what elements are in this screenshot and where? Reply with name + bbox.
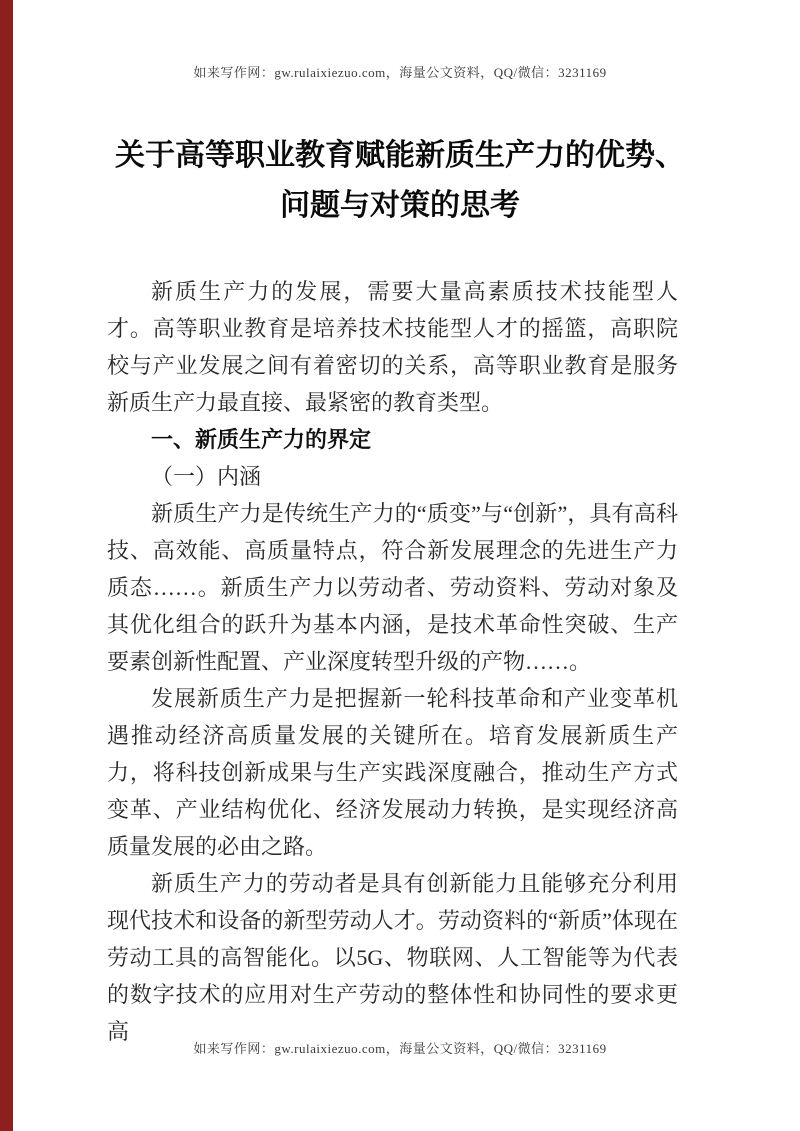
footer-watermark-text: 如来写作网：gw.rulaixiezuo.com，海量公文资料，QQ/微信：32… bbox=[193, 1041, 606, 1056]
paragraph: 新质生产力的发展，需要大量高素质技术技能型人才。高等职业教育是培养技术技能型人才… bbox=[107, 273, 678, 421]
page-header: 如来写作网：gw.rulaixiezuo.com，海量公文资料，QQ/微信：32… bbox=[0, 0, 800, 81]
title-line-2: 问题与对策的思考 bbox=[0, 181, 800, 231]
subsection-heading: （一）内涵 bbox=[107, 458, 678, 495]
document-page: 如来写作网：gw.rulaixiezuo.com，海量公文资料，QQ/微信：32… bbox=[0, 0, 800, 1131]
section-heading: 一、新质生产力的界定 bbox=[107, 421, 678, 458]
left-margin-bar bbox=[0, 0, 13, 1131]
title-line-1: 关于高等职业教育赋能新质生产力的优势、 bbox=[0, 131, 800, 181]
page-footer: 如来写作网：gw.rulaixiezuo.com，海量公文资料，QQ/微信：32… bbox=[0, 1038, 800, 1057]
header-watermark-text: 如来写作网：gw.rulaixiezuo.com，海量公文资料，QQ/微信：32… bbox=[193, 65, 606, 80]
paragraph: 发展新质生产力是把握新一轮科技革命和产业变革机遇推动经济高质量发展的关键所在。培… bbox=[107, 680, 678, 865]
document-body: 新质生产力的发展，需要大量高素质技术技能型人才。高等职业教育是培养技术技能型人才… bbox=[107, 273, 678, 1050]
paragraph: 新质生产力是传统生产力的“质变”与“创新”，具有高科技、高效能、高质量特点，符合… bbox=[107, 495, 678, 680]
paragraph: 新质生产力的劳动者是具有创新能力且能够充分利用现代技术和设备的新型劳动人才。劳动… bbox=[107, 865, 678, 1050]
document-title: 关于高等职业教育赋能新质生产力的优势、 问题与对策的思考 bbox=[0, 131, 800, 231]
